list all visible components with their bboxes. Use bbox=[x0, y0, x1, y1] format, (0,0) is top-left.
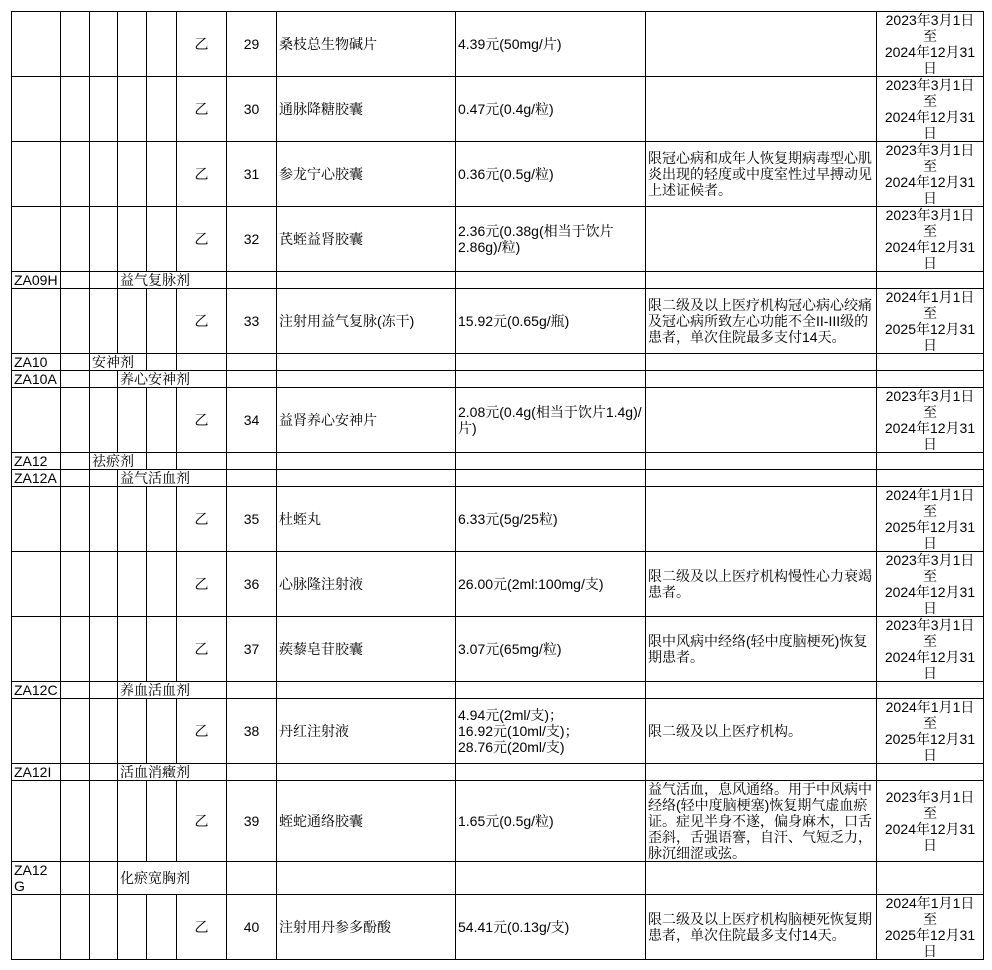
empty-cell bbox=[277, 453, 456, 470]
medicine-table: 乙 29 桑枝总生物碱片 4.39元(50mg/片) 2023年3月1日至 20… bbox=[11, 11, 984, 960]
empty-cell bbox=[61, 289, 90, 354]
category-row-level2: ZA10A 养心安神剂 bbox=[12, 371, 984, 388]
drug-row: 乙 37 蒺藜皂苷胶囊 3.07元(65mg/粒) 限中风病中经络(轻中度脑梗死… bbox=[12, 617, 984, 682]
empty-cell bbox=[118, 617, 147, 682]
note-cell: 限二级及以上医疗机构慢性心力衰竭患者。 bbox=[646, 552, 877, 617]
empty-cell bbox=[61, 12, 90, 77]
drug-name-cell: 心脉隆注射液 bbox=[277, 552, 456, 617]
empty-cell bbox=[147, 77, 177, 142]
empty-cell bbox=[118, 207, 147, 272]
drug-row: 乙 30 通脉降糖胶囊 0.47元(0.4g/粒) 2023年3月1日至 202… bbox=[12, 77, 984, 142]
empty-cell bbox=[61, 470, 90, 487]
drug-row: 乙 34 益肾养心安神片 2.08元(0.4g(相当于饮片1.4g)/片) 20… bbox=[12, 388, 984, 453]
price-cell: 3.07元(65mg/粒) bbox=[456, 617, 646, 682]
note-cell: 限二级及以上医疗机构。 bbox=[646, 699, 877, 764]
category-row-level2: ZA12G 化瘀宽胸剂 bbox=[12, 862, 984, 895]
date-cell: 2024年1月1日至 2025年12月31日 bbox=[877, 487, 984, 552]
number-cell: 35 bbox=[227, 487, 277, 552]
empty-cell bbox=[90, 682, 118, 699]
note-cell: 益气活血，息风通络。用于中风病中经络(轻中度脑梗塞)恢复期气虚血瘀证。症见半身不… bbox=[646, 781, 877, 862]
number-cell: 32 bbox=[227, 207, 277, 272]
code-cell: ZA10A bbox=[12, 371, 61, 388]
empty-cell bbox=[118, 487, 147, 552]
category-name-cell: 安神剂 bbox=[90, 354, 147, 371]
empty-cell bbox=[61, 617, 90, 682]
empty-cell bbox=[277, 272, 456, 289]
empty-cell bbox=[12, 699, 61, 764]
empty-cell bbox=[277, 354, 456, 371]
empty-cell bbox=[147, 487, 177, 552]
empty-cell bbox=[147, 895, 177, 960]
empty-cell bbox=[646, 354, 877, 371]
class-cell: 乙 bbox=[177, 289, 227, 354]
empty-cell bbox=[147, 289, 177, 354]
drug-name-cell: 参龙宁心胶囊 bbox=[277, 142, 456, 207]
empty-cell bbox=[61, 764, 90, 781]
empty-cell bbox=[61, 781, 90, 862]
drug-row: 乙 31 参龙宁心胶囊 0.36元(0.5g/粒) 限冠心病和成年人恢复期病毒型… bbox=[12, 142, 984, 207]
date-cell: 2024年1月1日至 2025年12月31日 bbox=[877, 699, 984, 764]
empty-cell bbox=[877, 371, 984, 388]
empty-cell bbox=[90, 371, 118, 388]
empty-cell bbox=[61, 453, 90, 470]
empty-cell bbox=[90, 272, 118, 289]
empty-cell bbox=[646, 272, 877, 289]
empty-cell bbox=[646, 371, 877, 388]
drug-row: 乙 40 注射用丹参多酚酸 54.41元(0.13g/支) 限二级及以上医疗机构… bbox=[12, 895, 984, 960]
category-name-cell: 化瘀宽胸剂 bbox=[118, 862, 227, 895]
date-cell: 2023年3月1日至 2024年12月31日 bbox=[877, 552, 984, 617]
empty-cell bbox=[147, 699, 177, 764]
class-cell: 乙 bbox=[177, 699, 227, 764]
empty-cell bbox=[227, 862, 277, 895]
price-cell: 2.36元(0.38g(相当于饮片 2.86g)/粒) bbox=[456, 207, 646, 272]
class-cell: 乙 bbox=[177, 142, 227, 207]
class-cell: 乙 bbox=[177, 895, 227, 960]
empty-cell bbox=[90, 142, 118, 207]
date-cell: 2023年3月1日至 2024年12月31日 bbox=[877, 781, 984, 862]
class-cell: 乙 bbox=[177, 388, 227, 453]
empty-cell bbox=[61, 895, 90, 960]
empty-cell bbox=[61, 371, 90, 388]
category-name-cell: 益气活血剂 bbox=[118, 470, 227, 487]
drug-name-cell: 丹红注射液 bbox=[277, 699, 456, 764]
empty-cell bbox=[118, 77, 147, 142]
price-cell: 4.94元(2ml/支)； 16.92元(10ml/支)； 28.76元(20m… bbox=[456, 699, 646, 764]
empty-cell bbox=[12, 781, 61, 862]
empty-cell bbox=[456, 354, 646, 371]
category-name-cell: 活血消癥剂 bbox=[118, 764, 227, 781]
empty-cell bbox=[12, 207, 61, 272]
category-row-level1: ZA12 祛瘀剂 bbox=[12, 453, 984, 470]
empty-cell bbox=[147, 142, 177, 207]
empty-cell bbox=[456, 862, 646, 895]
empty-cell bbox=[61, 77, 90, 142]
price-cell: 1.65元(0.5g/粒) bbox=[456, 781, 646, 862]
empty-cell bbox=[877, 354, 984, 371]
date-cell: 2023年3月1日至 2024年12月31日 bbox=[877, 12, 984, 77]
date-cell: 2023年3月1日至 2024年12月31日 bbox=[877, 77, 984, 142]
code-cell: ZA10 bbox=[12, 354, 61, 371]
class-cell: 乙 bbox=[177, 781, 227, 862]
empty-cell bbox=[877, 862, 984, 895]
drug-row: 乙 36 心脉隆注射液 26.00元(2ml:100mg/支) 限二级及以上医疗… bbox=[12, 552, 984, 617]
category-row-level2: ZA12C 养血活血剂 bbox=[12, 682, 984, 699]
note-cell bbox=[646, 388, 877, 453]
empty-cell bbox=[12, 388, 61, 453]
category-row-level2: ZA12A 益气活血剂 bbox=[12, 470, 984, 487]
empty-cell bbox=[90, 862, 118, 895]
note-cell bbox=[646, 77, 877, 142]
note-cell bbox=[646, 487, 877, 552]
empty-cell bbox=[61, 354, 90, 371]
code-cell: ZA12I bbox=[12, 764, 61, 781]
empty-cell bbox=[12, 895, 61, 960]
category-row-level2: ZA12I 活血消癥剂 bbox=[12, 764, 984, 781]
empty-cell bbox=[118, 552, 147, 617]
empty-cell bbox=[118, 699, 147, 764]
empty-cell bbox=[227, 764, 277, 781]
empty-cell bbox=[646, 470, 877, 487]
empty-cell bbox=[877, 453, 984, 470]
empty-cell bbox=[177, 453, 227, 470]
empty-cell bbox=[147, 388, 177, 453]
empty-cell bbox=[12, 12, 61, 77]
number-cell: 33 bbox=[227, 289, 277, 354]
price-cell: 54.41元(0.13g/支) bbox=[456, 895, 646, 960]
category-row-level1: ZA10 安神剂 bbox=[12, 354, 984, 371]
empty-cell bbox=[61, 552, 90, 617]
empty-cell bbox=[90, 699, 118, 764]
empty-cell bbox=[646, 682, 877, 699]
empty-cell bbox=[227, 371, 277, 388]
number-cell: 40 bbox=[227, 895, 277, 960]
empty-cell bbox=[227, 272, 277, 289]
number-cell: 30 bbox=[227, 77, 277, 142]
note-cell bbox=[646, 12, 877, 77]
empty-cell bbox=[277, 764, 456, 781]
class-cell: 乙 bbox=[177, 617, 227, 682]
class-cell: 乙 bbox=[177, 487, 227, 552]
date-cell: 2023年3月1日至 2024年12月31日 bbox=[877, 142, 984, 207]
empty-cell bbox=[61, 862, 90, 895]
empty-cell bbox=[61, 682, 90, 699]
drug-name-cell: 注射用丹参多酚酸 bbox=[277, 895, 456, 960]
drug-name-cell: 通脉降糖胶囊 bbox=[277, 77, 456, 142]
empty-cell bbox=[456, 272, 646, 289]
empty-cell bbox=[277, 862, 456, 895]
note-cell: 限二级及以上医疗机构脑梗死恢复期患者，单次住院最多支付14天。 bbox=[646, 895, 877, 960]
empty-cell bbox=[90, 764, 118, 781]
empty-cell bbox=[118, 781, 147, 862]
empty-cell bbox=[456, 470, 646, 487]
date-cell: 2024年1月1日至 2025年12月31日 bbox=[877, 289, 984, 354]
empty-cell bbox=[277, 682, 456, 699]
empty-cell bbox=[456, 682, 646, 699]
empty-cell bbox=[118, 12, 147, 77]
drug-name-cell: 芪蛭益肾胶囊 bbox=[277, 207, 456, 272]
empty-cell bbox=[12, 77, 61, 142]
empty-cell bbox=[12, 142, 61, 207]
note-cell: 限二级及以上医疗机构冠心病心绞痛及冠心病所致左心功能不全II-III级的患者，单… bbox=[646, 289, 877, 354]
code-cell: ZA09H bbox=[12, 272, 61, 289]
empty-cell bbox=[12, 487, 61, 552]
drug-row: 乙 29 桑枝总生物碱片 4.39元(50mg/片) 2023年3月1日至 20… bbox=[12, 12, 984, 77]
category-name-cell: 养血活血剂 bbox=[118, 682, 227, 699]
category-name-cell: 益气复脉剂 bbox=[118, 272, 227, 289]
drug-row: 乙 33 注射用益气复脉(冻干) 15.92元(0.65g/瓶) 限二级及以上医… bbox=[12, 289, 984, 354]
empty-cell bbox=[90, 207, 118, 272]
empty-cell bbox=[456, 453, 646, 470]
category-name-cell: 养心安神剂 bbox=[118, 371, 227, 388]
empty-cell bbox=[90, 487, 118, 552]
empty-cell bbox=[12, 552, 61, 617]
number-cell: 38 bbox=[227, 699, 277, 764]
empty-cell bbox=[61, 142, 90, 207]
drug-name-cell: 桑枝总生物碱片 bbox=[277, 12, 456, 77]
empty-cell bbox=[646, 453, 877, 470]
number-cell: 34 bbox=[227, 388, 277, 453]
empty-cell bbox=[12, 617, 61, 682]
drug-name-cell: 杜蛭丸 bbox=[277, 487, 456, 552]
code-cell: ZA12 bbox=[12, 453, 61, 470]
empty-cell bbox=[227, 682, 277, 699]
empty-cell bbox=[646, 764, 877, 781]
class-cell: 乙 bbox=[177, 77, 227, 142]
empty-cell bbox=[90, 781, 118, 862]
empty-cell bbox=[61, 272, 90, 289]
code-cell: ZA12C bbox=[12, 682, 61, 699]
note-cell bbox=[646, 207, 877, 272]
empty-cell bbox=[456, 371, 646, 388]
empty-cell bbox=[90, 12, 118, 77]
empty-cell bbox=[456, 764, 646, 781]
empty-cell bbox=[12, 289, 61, 354]
empty-cell bbox=[61, 699, 90, 764]
price-cell: 6.33元(5g/25粒) bbox=[456, 487, 646, 552]
price-cell: 4.39元(50mg/片) bbox=[456, 12, 646, 77]
number-cell: 39 bbox=[227, 781, 277, 862]
empty-cell bbox=[646, 862, 877, 895]
empty-cell bbox=[147, 552, 177, 617]
empty-cell bbox=[877, 470, 984, 487]
empty-cell bbox=[147, 617, 177, 682]
code-cell: ZA12A bbox=[12, 470, 61, 487]
drug-row: 乙 35 杜蛭丸 6.33元(5g/25粒) 2024年1月1日至 2025年1… bbox=[12, 487, 984, 552]
empty-cell bbox=[227, 453, 277, 470]
price-cell: 26.00元(2ml:100mg/支) bbox=[456, 552, 646, 617]
empty-cell bbox=[118, 388, 147, 453]
empty-cell bbox=[61, 487, 90, 552]
drug-name-cell: 益肾养心安神片 bbox=[277, 388, 456, 453]
note-cell: 限中风病中经络(轻中度脑梗死)恢复期患者。 bbox=[646, 617, 877, 682]
category-row-level2: ZA09H 益气复脉剂 bbox=[12, 272, 984, 289]
drug-row: 乙 39 蛭蛇通络胶囊 1.65元(0.5g/粒) 益气活血，息风通络。用于中风… bbox=[12, 781, 984, 862]
date-cell: 2024年1月1日至 2025年12月31日 bbox=[877, 895, 984, 960]
empty-cell bbox=[147, 207, 177, 272]
date-cell: 2023年3月1日至 2024年12月31日 bbox=[877, 617, 984, 682]
empty-cell bbox=[147, 453, 177, 470]
empty-cell bbox=[90, 77, 118, 142]
date-cell: 2023年3月1日至 2024年12月31日 bbox=[877, 388, 984, 453]
empty-cell bbox=[177, 354, 227, 371]
class-cell: 乙 bbox=[177, 552, 227, 617]
drug-row: 乙 32 芪蛭益肾胶囊 2.36元(0.38g(相当于饮片 2.86g)/粒) … bbox=[12, 207, 984, 272]
drug-row: 乙 38 丹红注射液 4.94元(2ml/支)； 16.92元(10ml/支)；… bbox=[12, 699, 984, 764]
price-cell: 15.92元(0.65g/瓶) bbox=[456, 289, 646, 354]
date-cell: 2023年3月1日至 2024年12月31日 bbox=[877, 207, 984, 272]
empty-cell bbox=[147, 354, 177, 371]
category-name-cell: 祛瘀剂 bbox=[90, 453, 147, 470]
empty-cell bbox=[277, 470, 456, 487]
empty-cell bbox=[90, 552, 118, 617]
code-cell: ZA12G bbox=[12, 862, 61, 895]
empty-cell bbox=[61, 388, 90, 453]
empty-cell bbox=[147, 12, 177, 77]
empty-cell bbox=[118, 289, 147, 354]
number-cell: 31 bbox=[227, 142, 277, 207]
empty-cell bbox=[90, 470, 118, 487]
empty-cell bbox=[877, 764, 984, 781]
number-cell: 29 bbox=[227, 12, 277, 77]
empty-cell bbox=[90, 895, 118, 960]
drug-name-cell: 蛭蛇通络胶囊 bbox=[277, 781, 456, 862]
empty-cell bbox=[118, 895, 147, 960]
empty-cell bbox=[61, 207, 90, 272]
empty-cell bbox=[227, 354, 277, 371]
drug-name-cell: 注射用益气复脉(冻干) bbox=[277, 289, 456, 354]
empty-cell bbox=[877, 272, 984, 289]
empty-cell bbox=[877, 682, 984, 699]
price-cell: 0.36元(0.5g/粒) bbox=[456, 142, 646, 207]
class-cell: 乙 bbox=[177, 12, 227, 77]
drug-name-cell: 蒺藜皂苷胶囊 bbox=[277, 617, 456, 682]
empty-cell bbox=[90, 388, 118, 453]
empty-cell bbox=[90, 289, 118, 354]
price-cell: 2.08元(0.4g(相当于饮片1.4g)/片) bbox=[456, 388, 646, 453]
empty-cell bbox=[90, 617, 118, 682]
class-cell: 乙 bbox=[177, 207, 227, 272]
empty-cell bbox=[277, 371, 456, 388]
number-cell: 36 bbox=[227, 552, 277, 617]
note-cell: 限冠心病和成年人恢复期病毒型心肌炎出现的轻度或中度室性过早搏动见上述证候者。 bbox=[646, 142, 877, 207]
empty-cell bbox=[227, 470, 277, 487]
drug-list-sheet: 乙 29 桑枝总生物碱片 4.39元(50mg/片) 2023年3月1日至 20… bbox=[0, 0, 992, 970]
number-cell: 37 bbox=[227, 617, 277, 682]
price-cell: 0.47元(0.4g/粒) bbox=[456, 77, 646, 142]
empty-cell bbox=[118, 142, 147, 207]
empty-cell bbox=[147, 781, 177, 862]
